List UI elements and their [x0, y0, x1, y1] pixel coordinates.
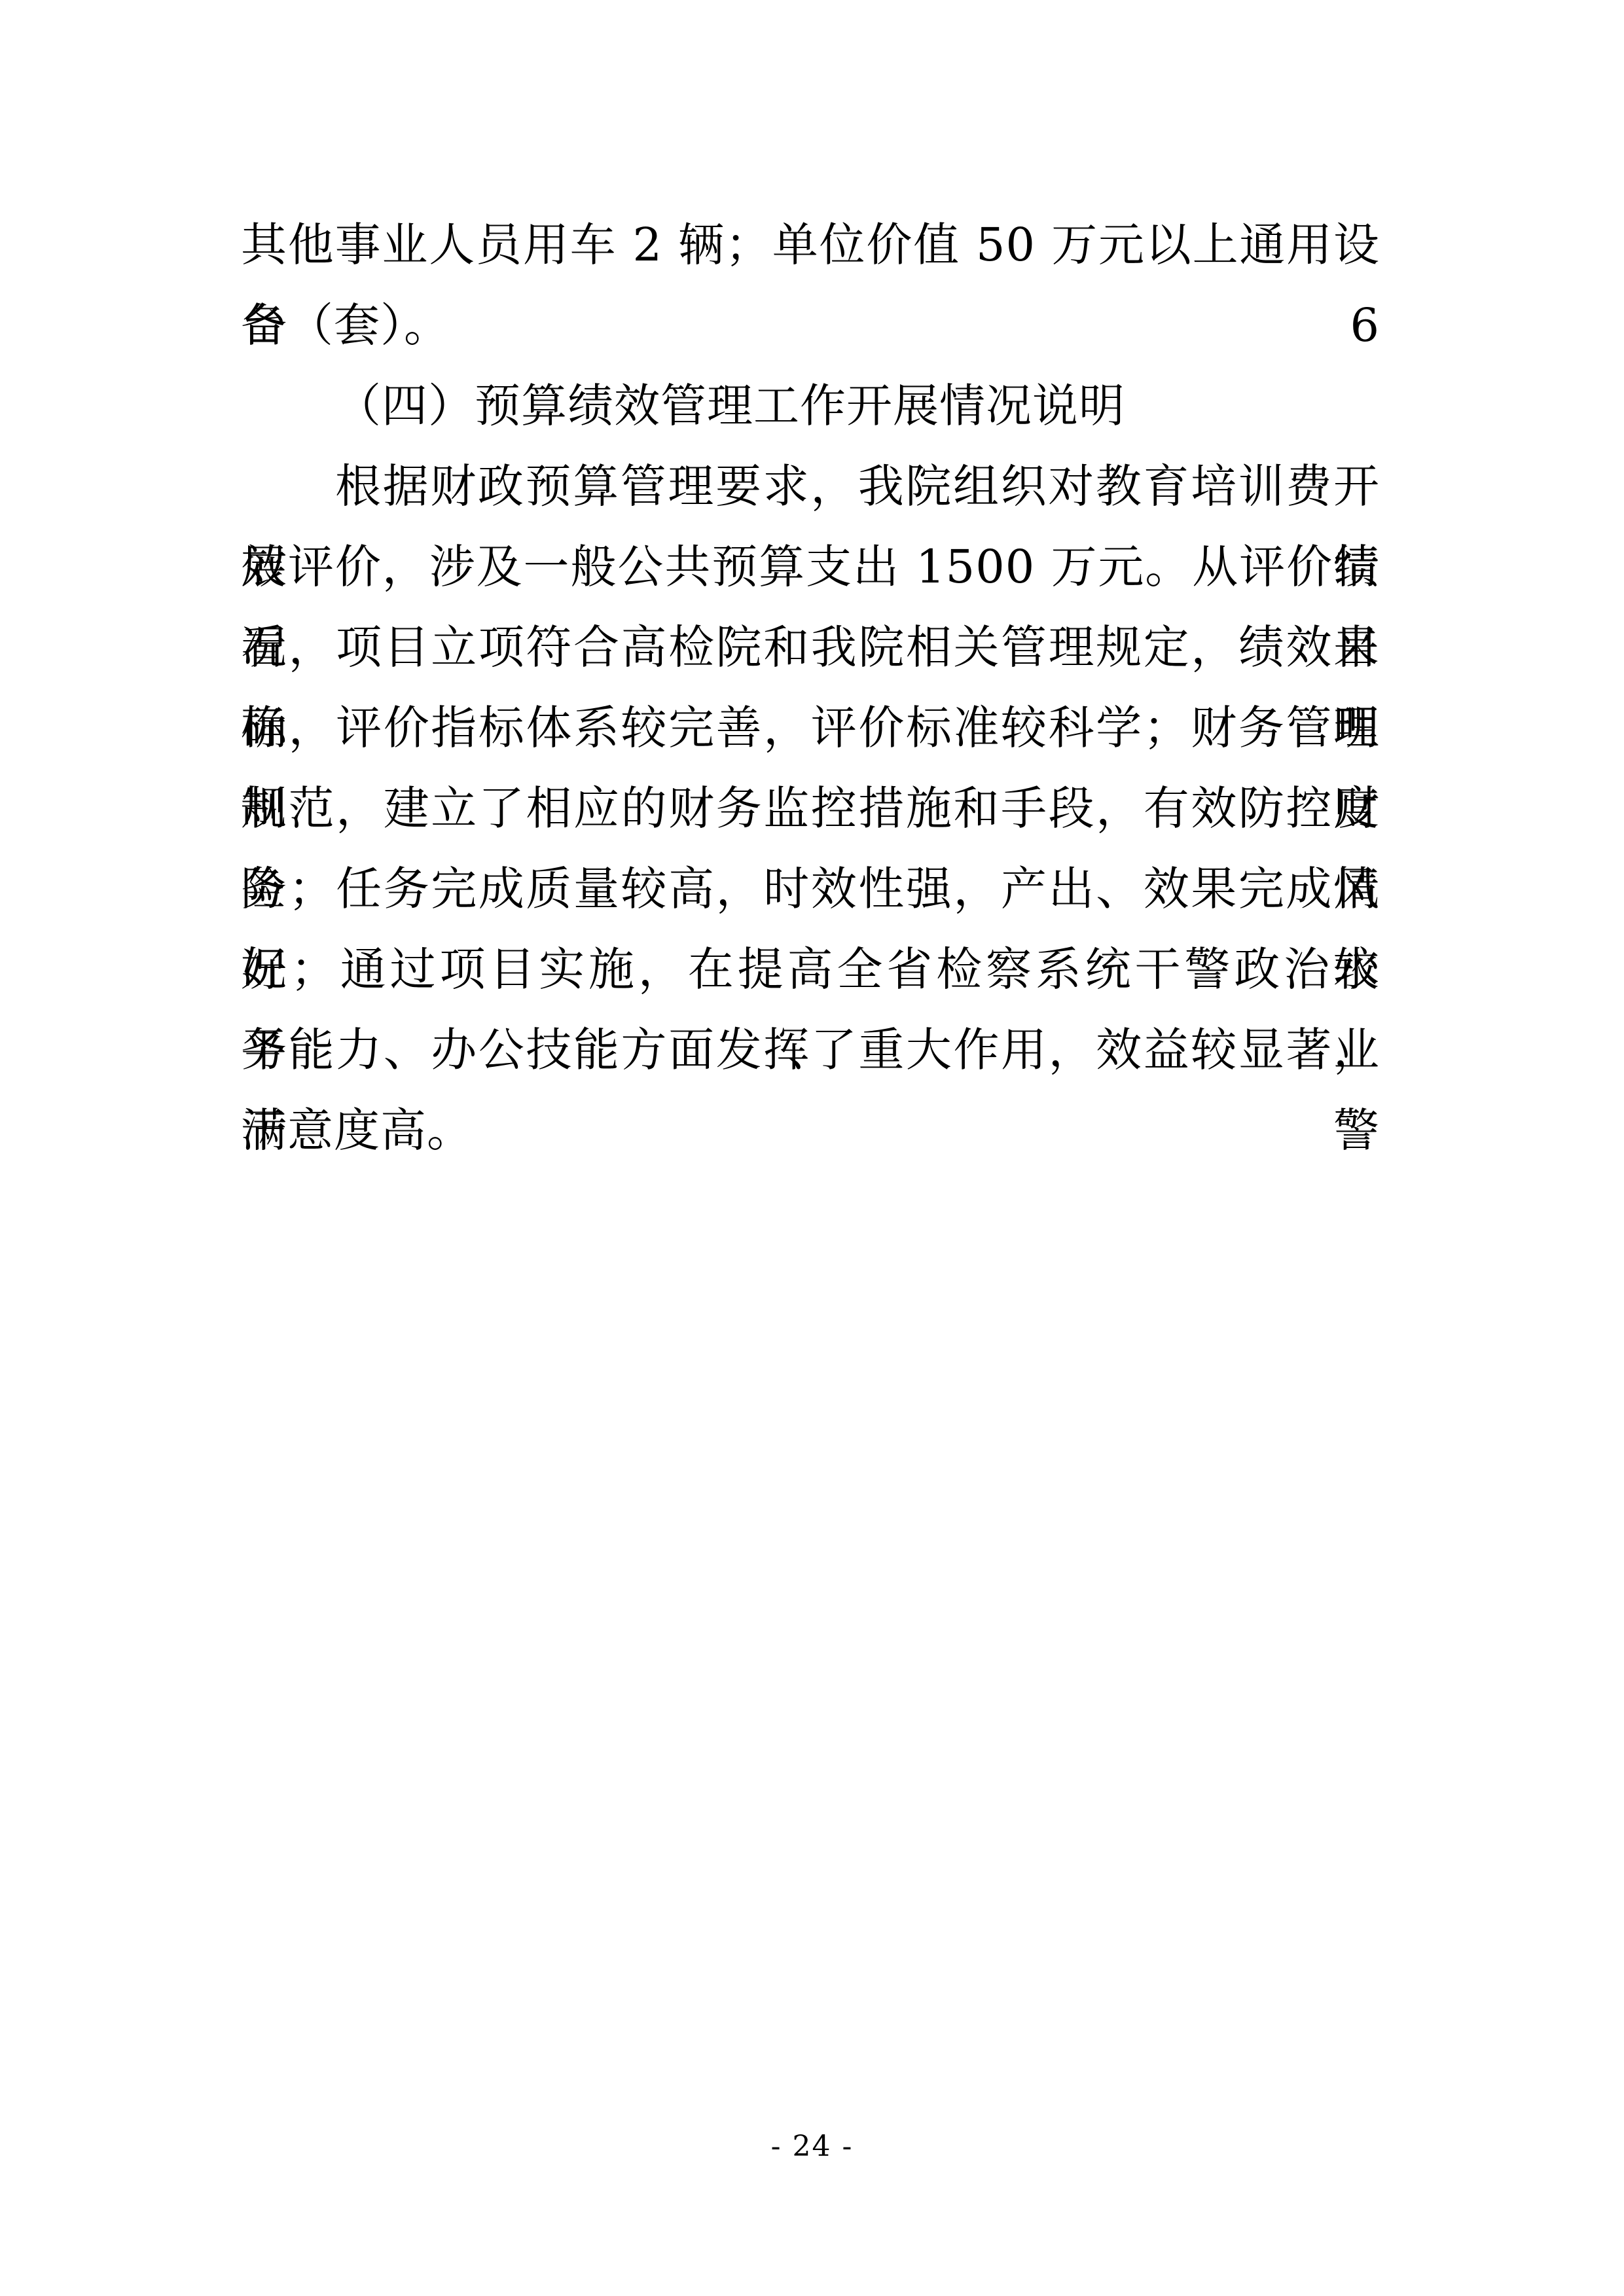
- text-line: 其他事业人员用车 2 辆；单位价值 50 万元以上通用设备 6: [241, 205, 1380, 285]
- text-line: 规范，建立了相应的财务监控措施和手段，有效防控财务风: [241, 768, 1380, 849]
- text-line: 确，评价指标体系较完善，评价标准较科学；财务管理制度: [241, 688, 1380, 768]
- text-line: 看，项目立项符合高检院和我院相关管理规定，绩效目标明: [241, 607, 1380, 688]
- text-line: 险；任务完成质量较高，时效性强，产出、效果完成情况较: [241, 849, 1380, 929]
- text-line: 务能力、办公技能方面发挥了重大作用，效益较显著，干警: [241, 1010, 1380, 1090]
- text-line: 好；通过项目实施，在提高全省检察系统干警政治水平、业: [241, 929, 1380, 1010]
- document-body: 其他事业人员用车 2 辆；单位价值 50 万元以上通用设备 6 台（套）。 （四…: [241, 205, 1380, 1171]
- document-page: 其他事业人员用车 2 辆；单位价值 50 万元以上通用设备 6 台（套）。 （四…: [0, 0, 1624, 2296]
- page-number: - 24 -: [0, 2131, 1624, 2162]
- text-line: 效评价，涉及一般公共预算支出 1500 万元。从评价情况来: [241, 527, 1380, 607]
- text-line: 根据财政预算管理要求，我院组织对教育培训费开展绩: [241, 446, 1380, 527]
- section-heading: （四）预算绩效管理工作开展情况说明: [241, 366, 1380, 446]
